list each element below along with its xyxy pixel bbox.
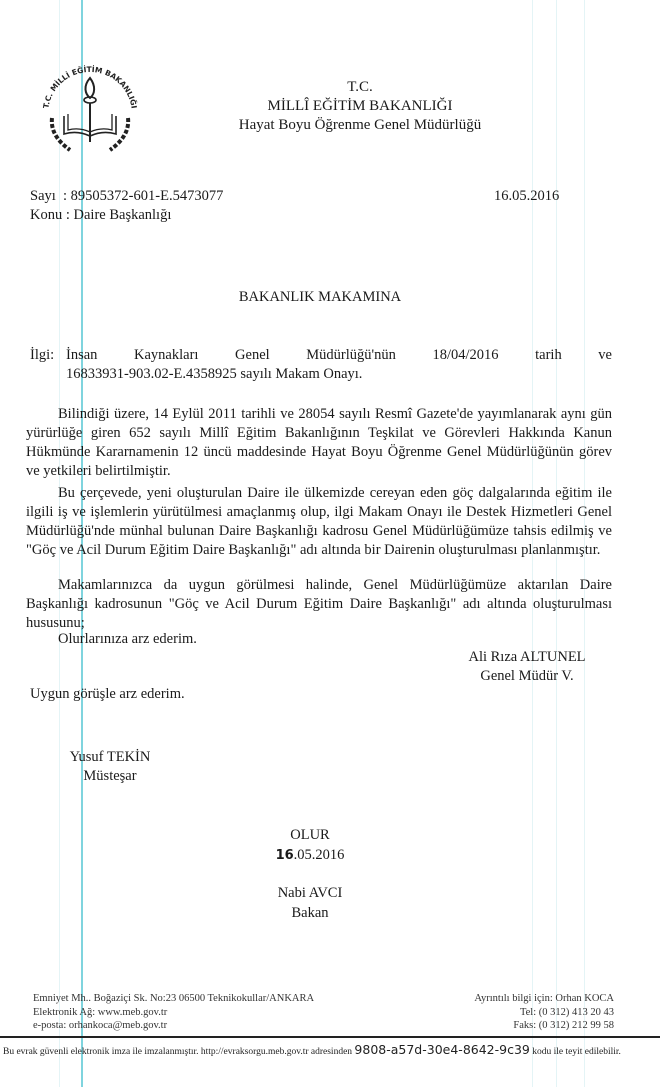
addressee: BAKANLIK MAKAMINA	[0, 288, 650, 307]
letterhead: T.C. MİLLÎ EĞİTİM BAKANLIĞI Hayat Boyu Ö…	[110, 78, 610, 135]
approver-title: Bakan	[240, 903, 380, 923]
recommendation-text: Uygun görüşle arz ederim.	[30, 685, 185, 704]
approval-block: OLUR 16.05.2016 Nabi AVCI Bakan	[240, 825, 380, 923]
sayi-label: Sayı	[30, 188, 56, 204]
body-closing: Olurlarınıza arz ederim.	[26, 630, 612, 649]
undersecretary-title: Müsteşar	[50, 767, 170, 786]
footer-phone: Tel: (0 312) 413 20 43	[474, 1006, 614, 1020]
document-subject: Konu : Daire Başkanlığı	[30, 206, 171, 225]
letterhead-tc: T.C.	[110, 78, 610, 97]
ilgi-label: İlgi:	[30, 346, 54, 365]
footer-fax: Faks: (0 312) 212 99 58	[474, 1019, 614, 1033]
ilgi-line-2: 16833931-903.02-E.4358925 sayılı Makam O…	[66, 365, 362, 384]
document-date: 16.05.2016	[494, 187, 559, 206]
document-number: Sayı : 89505372-601-E.5473077	[30, 187, 223, 206]
footer-address: Emniyet Mh.. Boğaziçi Sk. No:23 06500 Te…	[33, 992, 314, 1033]
undersecretary-name: Yusuf TEKİN	[50, 748, 170, 767]
ilgi-line-1: İnsan Kaynakları Genel Müdürlüğü'nün 18/…	[66, 346, 612, 365]
approval-date: 16.05.2016	[240, 845, 380, 866]
footer-contact-person: Ayrıntılı bilgi için: Orhan KOCA	[474, 992, 614, 1006]
letterhead-directorate: Hayat Boyu Öğrenme Genel Müdürlüğü	[110, 116, 610, 135]
signatory-name: Ali Rıza ALTUNEL	[452, 648, 602, 667]
approval-day-handwritten: 16	[276, 848, 294, 863]
verification-code: 9808-a57d-30e4-8642-9c39	[354, 1042, 529, 1057]
signatory-block: Ali Rıza ALTUNEL Genel Müdür V.	[452, 648, 602, 686]
signatory-title: Genel Müdür V.	[452, 667, 602, 686]
konu-value: : Daire Başkanlığı	[66, 207, 172, 223]
approval-label: OLUR	[240, 825, 380, 845]
footer-web: Elektronik Ağ: www.meb.gov.tr	[33, 1006, 314, 1020]
verification-line: Bu evrak güvenli elektronik imza ile imz…	[3, 1042, 621, 1057]
approver-name: Nabi AVCI	[240, 883, 380, 903]
footer-email: e-posta: orhankoca@meb.gov.tr	[33, 1019, 314, 1033]
body-paragraph-3: Makamlarınızca da uygun görülmesi halind…	[26, 576, 612, 633]
konu-label: Konu	[30, 207, 62, 223]
body-paragraph-1: Bilindiği üzere, 14 Eylül 2011 tarihli v…	[26, 405, 612, 481]
sayi-value: : 89505372-601-E.5473077	[63, 188, 223, 204]
footer-address-line: Emniyet Mh.. Boğaziçi Sk. No:23 06500 Te…	[33, 992, 314, 1006]
letterhead-ministry: MİLLÎ EĞİTİM BAKANLIĞI	[110, 97, 610, 116]
body-paragraph-2: Bu çerçevede, yeni oluşturulan Daire ile…	[26, 484, 612, 560]
footer-divider	[0, 1036, 660, 1038]
footer-contact: Ayrıntılı bilgi için: Orhan KOCA Tel: (0…	[474, 992, 614, 1033]
undersecretary-block: Yusuf TEKİN Müsteşar	[50, 748, 170, 786]
